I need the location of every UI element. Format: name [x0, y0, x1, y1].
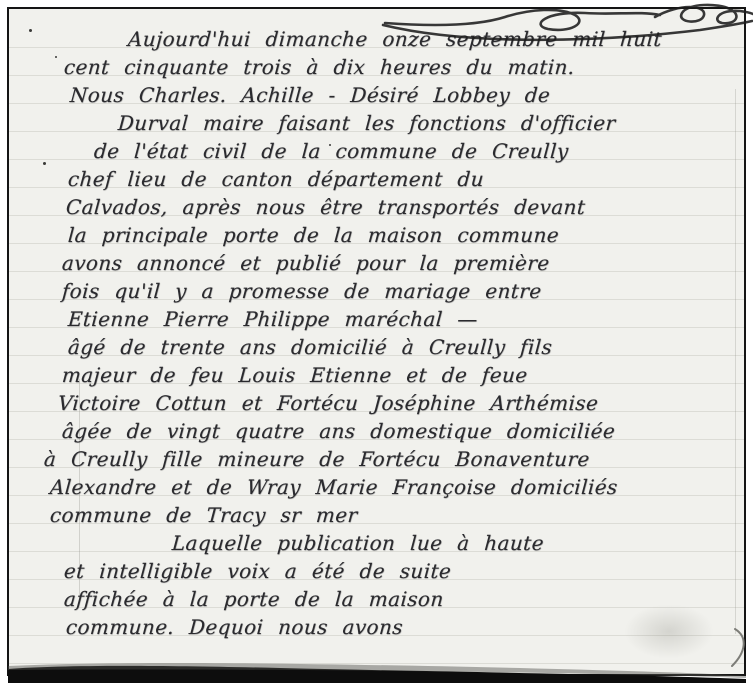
manuscript-line: la principale porte de la maison commune — [67, 221, 738, 249]
manuscript-line: âgée de vingt quatre ans domestique domi… — [61, 417, 738, 445]
manuscript-line: Aujourd'hui dimanche onze septembre mil … — [127, 25, 738, 53]
paper-scan: Aujourd'hui dimanche onze septembre mil … — [7, 7, 746, 676]
manuscript-line: commune. Dequoi nous avons — [65, 613, 738, 641]
scan-speck — [329, 144, 331, 146]
manuscript-line: commune de Tracy sr mer — [49, 501, 738, 529]
manuscript-line: Etienne Pierre Philippe maréchal — — [67, 305, 738, 333]
scan-speck — [29, 29, 32, 32]
manuscript-line: Alexandre et de Wray Marie Françoise dom… — [49, 473, 738, 501]
scan-speck — [55, 56, 57, 58]
manuscript-line: Calvados, après nous être transportés de… — [65, 193, 738, 221]
manuscript-line: Nous Charles. Achille - Désiré Lobbey de — [69, 81, 738, 109]
manuscript-line: à Creully fille mineure de Fortécu Bonav… — [43, 445, 738, 473]
manuscript-line: et intelligible voix a été de suite — [63, 557, 738, 585]
manuscript-line: fois qu'il y a promesse de mariage entre — [61, 277, 738, 305]
manuscript-line: majeur de feu Louis Etienne et de feue — [61, 361, 738, 389]
manuscript-text-block: Aujourd'hui dimanche onze septembre mil … — [23, 25, 736, 641]
manuscript-line: Laquelle publication lue à haute — [171, 529, 738, 557]
manuscript-line: affichée à la porte de la maison — [63, 585, 738, 613]
manuscript-line: chef lieu de canton département du — [67, 165, 738, 193]
manuscript-line: Durval maire faisant les fonctions d'off… — [117, 109, 738, 137]
manuscript-line: âgé de trente ans domicilié à Creully fi… — [67, 333, 738, 361]
manuscript-line: Victoire Cottun et Fortécu Joséphine Art… — [57, 389, 738, 417]
manuscript-line: avons annoncé et publié pour la première — [61, 249, 738, 277]
manuscript-line: de l'état civil de la commune de Creully — [93, 137, 738, 165]
scan-speck — [43, 162, 46, 165]
scanned-register-page: { "document": { "kind_label": "Registre … — [0, 0, 753, 683]
manuscript-line: cent cinquante trois à dix heures du mat… — [63, 53, 738, 81]
